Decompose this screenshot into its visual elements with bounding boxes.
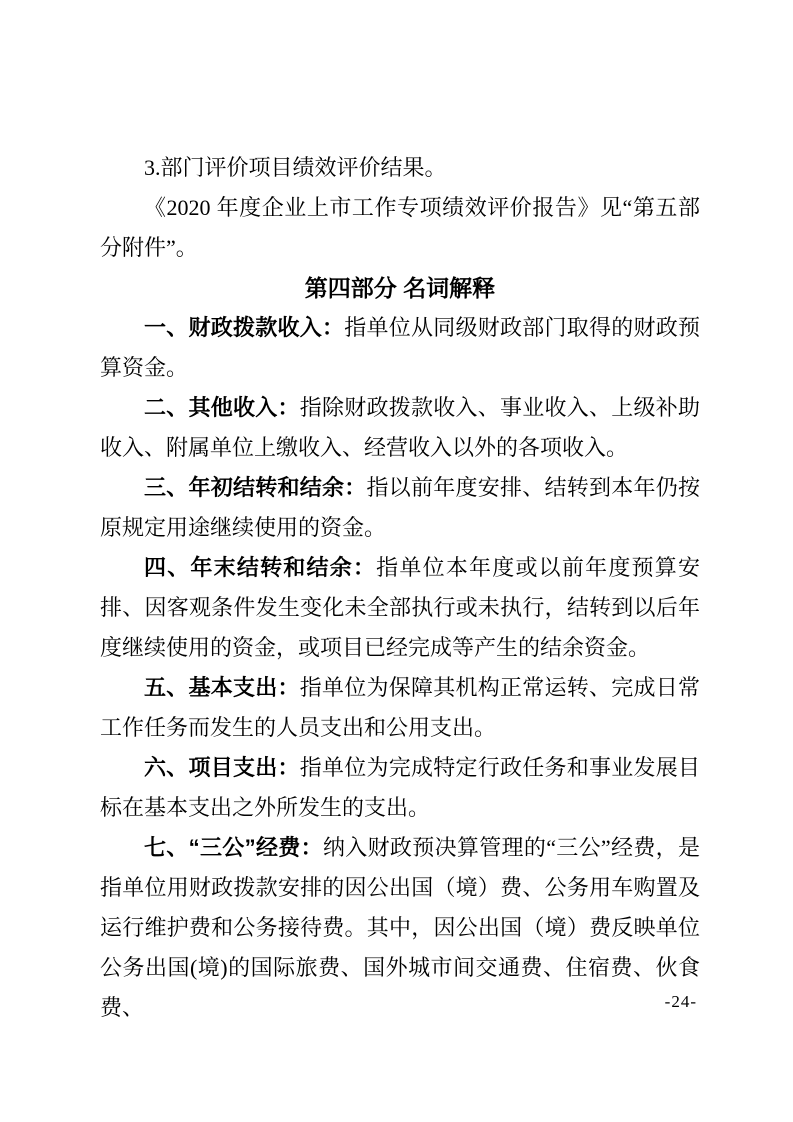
term-1-label: 一、财政拨款收入： [144, 315, 344, 340]
term-paragraph-5: 五、基本支出：指单位为保障其机构正常运转、完成日常工作任务而发生的人员支出和公用… [100, 668, 700, 748]
intro-paragraph-1-text: 3.部门评价项目绩效评价结果。 [144, 155, 447, 180]
document-page: 3.部门评价项目绩效评价结果。 《2020 年度企业上市工作专项绩效评价报告》见… [0, 0, 793, 1122]
term-paragraph-3: 三、年初结转和结余：指以前年度安排、结转到本年仍按原规定用途继续使用的资金。 [100, 468, 700, 548]
document-body: 3.部门评价项目绩效评价结果。 《2020 年度企业上市工作专项绩效评价报告》见… [100, 148, 700, 1028]
term-7-label: 七、“三公”经费： [144, 835, 323, 860]
term-6-label: 六、项目支出： [144, 755, 300, 780]
section-heading: 第四部分 名词解释 [100, 268, 700, 308]
term-paragraph-1: 一、财政拨款收入：指单位从同级财政部门取得的财政预算资金。 [100, 308, 700, 388]
intro-paragraph-2: 《2020 年度企业上市工作专项绩效评价报告》见“第五部分附件”。 [100, 188, 700, 268]
term-3-label: 三、年初结转和结余： [144, 475, 367, 500]
term-paragraph-6: 六、项目支出：指单位为完成特定行政任务和事业发展目标在基本支出之外所发生的支出。 [100, 748, 700, 828]
term-7-definition: 纳入财政预决算管理的“三公”经费，是指单位用财政拨款安排的因公出国（境）费、公务… [100, 835, 700, 1020]
term-paragraph-7: 七、“三公”经费：纳入财政预决算管理的“三公”经费，是指单位用财政拨款安排的因公… [100, 828, 700, 1028]
intro-paragraph-2-text: 《2020 年度企业上市工作专项绩效评价报告》见“第五部分附件”。 [100, 195, 700, 260]
term-2-label: 二、其他收入： [144, 395, 300, 420]
page-number: -24- [665, 992, 697, 1012]
term-4-label: 四、年末结转和结余： [144, 555, 376, 580]
intro-paragraph-1: 3.部门评价项目绩效评价结果。 [100, 148, 700, 188]
term-5-label: 五、基本支出： [144, 675, 300, 700]
term-paragraph-4: 四、年末结转和结余：指单位本年度或以前年度预算安排、因客观条件发生变化未全部执行… [100, 548, 700, 668]
term-paragraph-2: 二、其他收入：指除财政拨款收入、事业收入、上级补助收入、附属单位上缴收入、经营收… [100, 388, 700, 468]
